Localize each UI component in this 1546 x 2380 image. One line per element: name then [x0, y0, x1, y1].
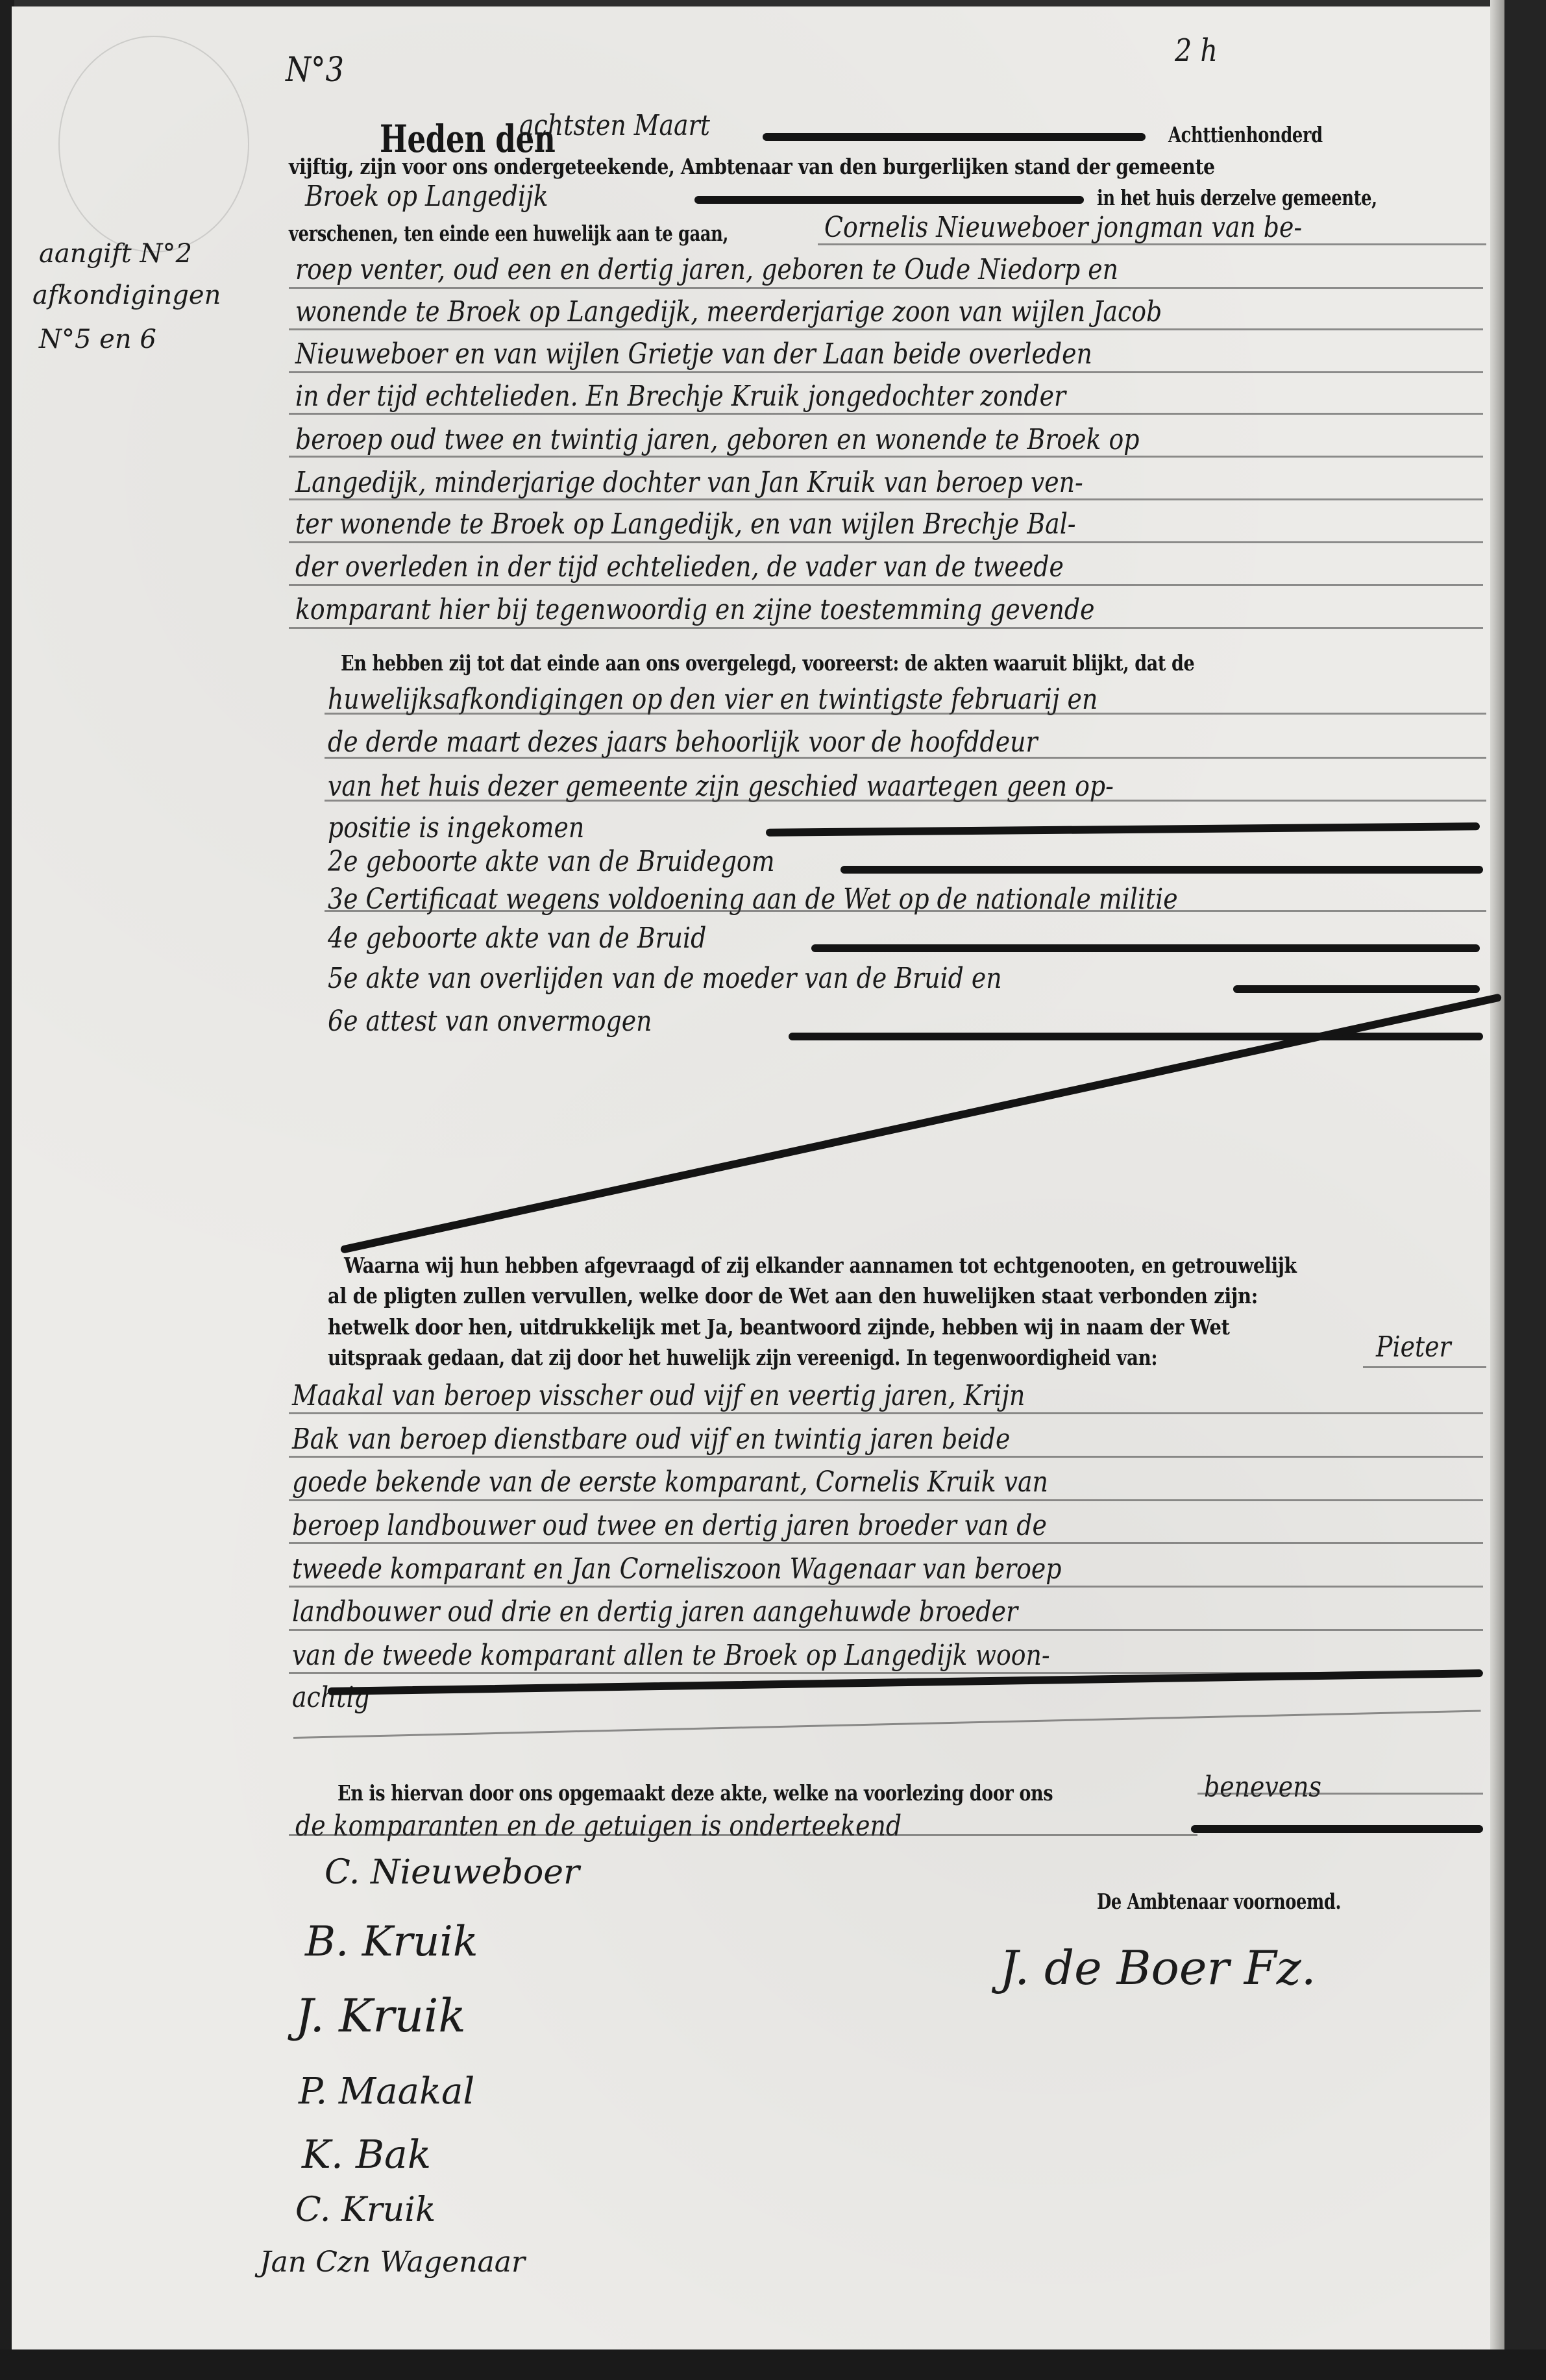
party-line: wonende te Broek op Langedijk, meerderja…	[295, 295, 1162, 328]
party-line: Langedijk, minderjarige dochter van Jan …	[295, 466, 1083, 499]
documents-line: huwelijksafkondigingen op den vier en tw…	[328, 683, 1098, 716]
ruled-line	[325, 713, 1486, 715]
ruled-line	[289, 1542, 1483, 1544]
page-fold-shadow	[1490, 0, 1504, 2380]
closing-hand-1: benevens	[1204, 1771, 1321, 1804]
ruled-line	[1363, 1366, 1486, 1368]
documents-intro: En hebben zij tot dat einde aan ons over…	[341, 650, 1194, 676]
fill-line	[1233, 985, 1480, 993]
fill-line	[694, 196, 1084, 204]
party-line: der overleden in der tijd echtelieden, d…	[295, 550, 1064, 583]
documents-line: 2e geboorte akte van de Bruidegom	[328, 845, 775, 878]
margin-note-line-2: afkondigingen	[32, 280, 221, 310]
ruled-line	[289, 328, 1483, 330]
gemeente-handwritten: Broek op Langedijk	[305, 180, 548, 213]
signature-father: J. Kruik	[295, 1989, 466, 2043]
ruled-line	[818, 243, 1486, 245]
ruled-line	[289, 287, 1483, 289]
witness-line: goede bekende van de eerste komparant, C…	[292, 1466, 1048, 1499]
documents-line: positie is ingekomen	[328, 811, 584, 844]
ruled-line	[325, 910, 1486, 912]
ruled-line	[289, 1629, 1483, 1631]
party-line: ter wonende te Broek op Langedijk, en va…	[295, 508, 1076, 541]
closing-hand-2: de komparanten en de getuigen is onderte…	[295, 1810, 902, 1843]
fill-line	[763, 133, 1146, 141]
signature-witness-3: C. Kruik	[295, 2190, 436, 2229]
ceremony-line-2: al de pligten zullen vervullen, welke do…	[328, 1283, 1258, 1308]
closing-printed: En is hiervan door ons opgemaakt deze ak…	[337, 1780, 1053, 1806]
party-line: Cornelis Nieuweboer jongman van be-	[824, 211, 1302, 244]
documents-line: de derde maart dezes jaars behoorlijk vo…	[328, 726, 1038, 759]
ruled-line	[289, 1834, 1197, 1836]
witness-line: van de tweede komparant allen te Broek o…	[292, 1639, 1050, 1672]
ruled-line	[289, 584, 1483, 586]
party-line: Nieuweboer en van wijlen Grietje van der…	[295, 337, 1092, 371]
ruled-line	[289, 541, 1483, 543]
year-printed: Achttienhonderd	[1168, 122, 1323, 147]
page-number: 2 h	[1175, 32, 1218, 69]
documents-line: 5e akte van overlijden van de moeder van…	[328, 962, 1002, 995]
ruled-line	[289, 1499, 1483, 1501]
ruled-line	[289, 456, 1483, 458]
documents-line: 6e attest van onvermogen	[328, 1005, 652, 1038]
embossed-seal-stamp	[58, 36, 249, 252]
ceremony-line-3: hetwelk door hen, uitdrukkelijk met Ja, …	[328, 1314, 1229, 1340]
witness-line: tweede komparant en Jan Corneliszoon Wag…	[292, 1552, 1062, 1586]
witness-line: Maakal van beroep visscher oud vijf en v…	[292, 1379, 1025, 1412]
fill-line	[811, 944, 1480, 952]
signature-groom: C. Nieuweboer	[325, 1853, 580, 1892]
party-line: beroep oud twee en twintig jaren, gebore…	[295, 423, 1139, 456]
date-handwritten: achtsten Maart	[519, 109, 710, 142]
book-binding-right	[1504, 0, 1546, 2380]
signature-witness-1: P. Maakal	[299, 2070, 474, 2113]
signature-witness-2: K. Bak	[302, 2132, 431, 2178]
opening-line-2: vijftig, zijn voor ons ondergeteekende, …	[289, 154, 1215, 179]
official-label: De Ambtenaar voornoemd.	[1097, 1889, 1341, 1914]
ruled-line	[289, 498, 1483, 500]
ruled-line	[289, 1456, 1483, 1458]
ceremony-line-4: uitspraak gedaan, dat zij door het huwel…	[328, 1345, 1157, 1370]
documents-line: van het huis dezer gemeente zijn geschie…	[328, 770, 1114, 803]
signature-official: J. de Boer Fz.	[1000, 1941, 1316, 1995]
witness-line: beroep landbouwer oud twee en dertig jar…	[292, 1509, 1047, 1542]
signature-witness-4: Jan Czn Wagenaar	[260, 2246, 525, 2279]
fill-line	[789, 1033, 1483, 1040]
ruled-line	[289, 413, 1483, 415]
ruled-line	[289, 1586, 1483, 1588]
ruled-line	[325, 757, 1486, 759]
documents-line: 4e geboorte akte van de Bruid	[328, 922, 706, 955]
witness-line: Bak van beroep dienstbare oud vijf en tw…	[292, 1423, 1010, 1456]
witness-first-name: Pieter	[1376, 1331, 1451, 1364]
party-line: roep venter, oud een en dertig jaren, ge…	[295, 253, 1118, 286]
signature-bride: B. Kruik	[305, 1918, 478, 1966]
ruled-line	[289, 1412, 1483, 1414]
book-edge-bottom	[0, 2349, 1546, 2380]
party-line: komparant hier bij tegenwoordig en zijne…	[295, 593, 1095, 626]
record-number: N°3	[286, 51, 344, 90]
ruled-line	[325, 800, 1486, 802]
opening-line-3: in het huis derzelve gemeente,	[1097, 185, 1377, 210]
witness-line: landbouwer oud drie en dertig jaren aang…	[292, 1595, 1018, 1628]
opening-line-4: verschenen, ten einde een huwelijk aan t…	[289, 221, 728, 246]
margin-note-line-1: aangift N°2	[39, 239, 192, 269]
margin-note-line-3: N°5 en 6	[39, 325, 156, 354]
party-line: in der tijd echtelieden. En Brechje Krui…	[295, 380, 1066, 413]
ceremony-line-1: Waarna wij hun hebben afgevraagd of zij …	[344, 1253, 1297, 1278]
fill-line	[840, 866, 1483, 874]
witness-line: achtig	[292, 1681, 370, 1714]
ruled-line	[289, 371, 1483, 373]
ruled-line	[1197, 1793, 1483, 1795]
fill-line	[1191, 1825, 1483, 1833]
ruled-line	[289, 627, 1483, 629]
